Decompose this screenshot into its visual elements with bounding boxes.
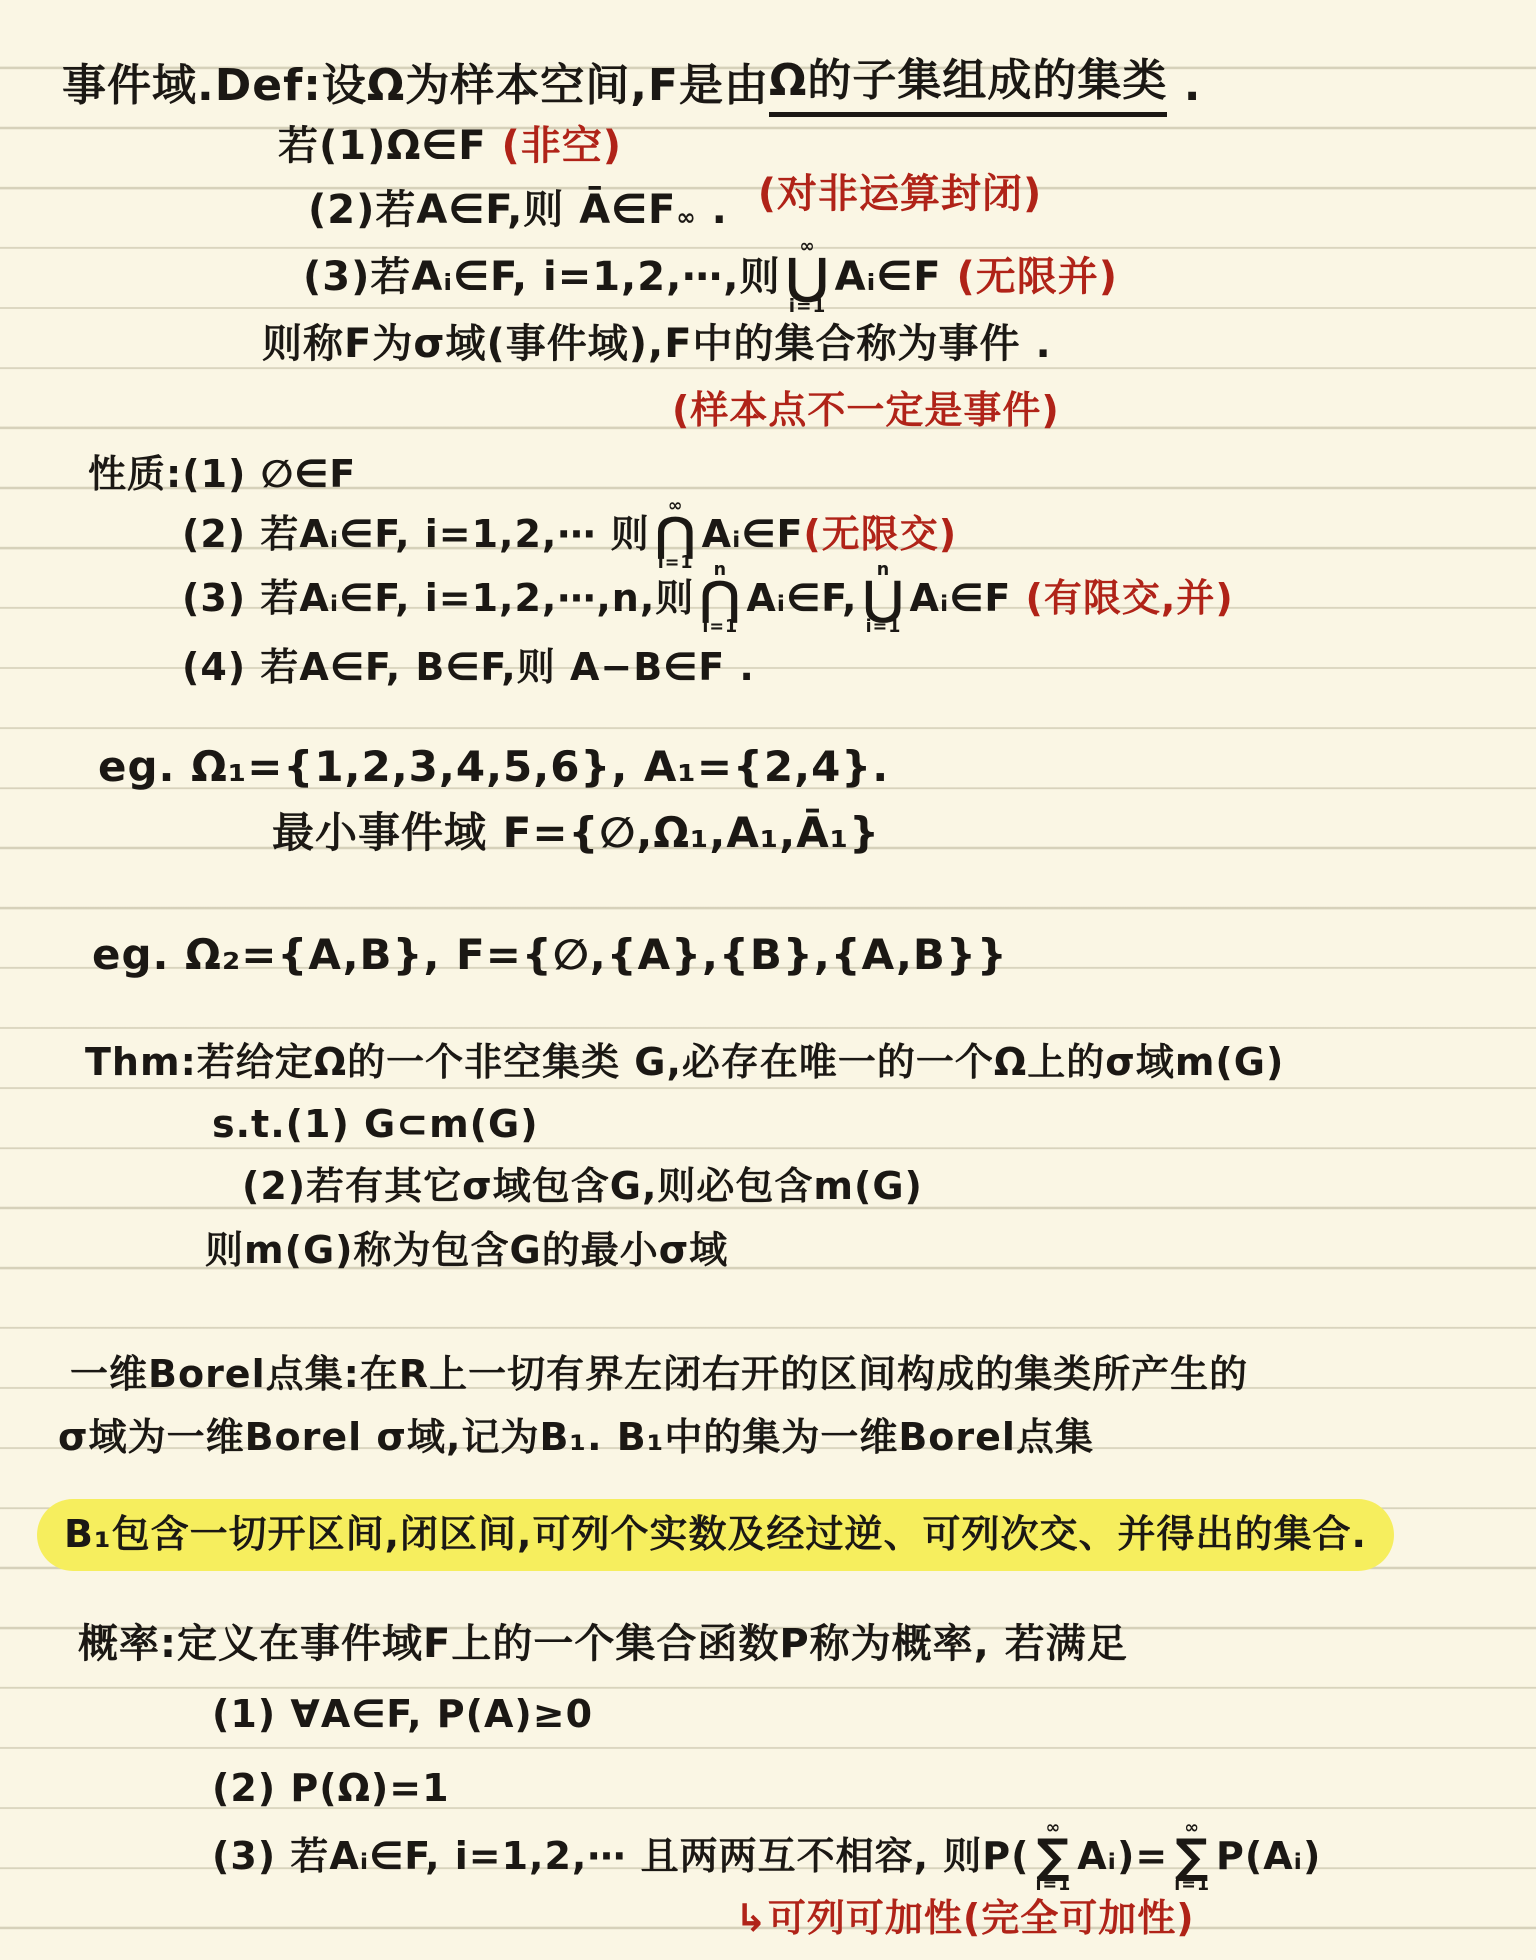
text-segment: 概率:定义在事件域F上的一个集合函数P称为概率, 若满足 [78,1620,1128,1668]
red-annotation: (无限交) [803,512,957,558]
red-annotation: (样本点不一定是事件) [672,388,1060,434]
text-segment: . [697,186,758,234]
text-segment: Aᵢ∈F [702,512,804,558]
def-condition-3: (3)若Aᵢ∈F, i=1,2,⋯,则∞⋃i=1Aᵢ∈F (无限并) [303,238,1118,316]
text-segment: (3) 若Aᵢ∈F, i=1,2,⋯,n,则 [182,576,694,622]
text-segment: 性质:(1) ∅∈F [88,452,356,498]
text-segment: 一维Borel点集:在R上一切有界左闭右开的区间构成的集类所产生的 [70,1352,1248,1398]
probability-def: 概率:定义在事件域F上的一个集合函数P称为概率, 若满足 [78,1620,1128,1668]
red-annotation: (有限交,并) [1026,576,1234,622]
theorem-conclusion: 则m(G)称为包含G的最小σ域 [205,1228,728,1274]
text-segment: eg. Ω₂={A,B}, F={∅,{A},{B},{A,B}} [92,930,1008,980]
red-annotation: (对非运算封闭) [758,170,1043,218]
text-segment: . [1167,60,1201,113]
example-1-line-1: eg. Ω₁={1,2,3,4,5,6}, A₁={2,4}. [98,742,889,792]
theorem-st-1: s.t.(1) G⊂m(G) [212,1102,539,1148]
probability-axiom-2: (2) P(Ω)=1 [212,1766,450,1812]
example-2: eg. Ω₂={A,B}, F={∅,{A},{B},{A,B}} [92,930,1008,980]
text-segment: Thm:若给定Ω的一个非空集类 G,必存在唯一的一个Ω上的σ域m(G) [85,1040,1284,1086]
text-segment: Aᵢ∈F [835,253,957,301]
def-remark: (样本点不一定是事件) [672,388,1060,434]
text-segment: 则称F为σ域(事件域),F中的集合称为事件 . [262,320,1052,368]
text-segment: 则m(G)称为包含G的最小σ域 [205,1228,728,1274]
text-segment: (1) ∀A∈F, P(A)≥0 [212,1692,593,1738]
borel-line-2: σ域为一维Borel σ域,记为B₁. B₁中的集为一维Borel点集 [58,1415,1094,1461]
probability-remark: ↳可列可加性(完全可加性) [735,1896,1195,1942]
notebook-page: 事件域.Def:设Ω为样本空间,F是由Ω的子集组成的集类 .若(1)Ω∈F (非… [0,0,1536,1960]
text-segment: (3) 若Aᵢ∈F, i=1,2,⋯ 且两两互不相容, 则P( [212,1834,1029,1880]
text-segment: (2)若A∈F,则 Ā∈F [308,186,676,234]
text-segment: (2) 若Aᵢ∈F, i=1,2,⋯ 则 [182,512,650,558]
text-segment: (4) 若A∈F, B∈F,则 A−B∈F . [182,645,755,691]
probability-axiom-1: (1) ∀A∈F, P(A)≥0 [212,1692,593,1738]
finite-intersection-operator: n⋂i=1 [700,562,740,636]
example-1-line-2: 最小事件域 F={∅,Ω₁,A₁,Ā₁} [272,808,880,858]
text-segment: (2)若有其它σ域包含G,则必包含m(G) [242,1164,923,1210]
text-segment: (3)若Aᵢ∈F, i=1,2,⋯,则 [303,253,780,301]
text-segment: eg. Ω₁={1,2,3,4,5,6}, A₁={2,4}. [98,742,889,792]
text-segment: s.t.(1) G⊂m(G) [212,1102,539,1148]
red-annotation: (非空) [502,122,623,170]
property-1: 性质:(1) ∅∈F [88,452,356,498]
text-segment: ∞ [676,204,696,234]
theorem-statement: Thm:若给定Ω的一个非空集类 G,必存在唯一的一个Ω上的σ域m(G) [85,1040,1284,1086]
text-segment: 若(1)Ω∈F [278,122,502,170]
highlighted-note: B₁包含一切开区间,闭区间,可列个实数及经过逆、可列次交、并得出的集合. [40,1502,1391,1568]
text-segment: Aᵢ∈F [910,576,1026,622]
infinite-union-operator: ∞⋃i=1 [786,238,828,316]
text-segment: B₁包含一切开区间,闭区间,可列个实数及经过逆、可列次交、并得出的集合. [64,1512,1367,1558]
finite-union-operator: n⋃i=1 [863,562,903,636]
text-segment: (2) P(Ω)=1 [212,1766,450,1812]
def-condition-1: 若(1)Ω∈F (非空) [278,122,622,170]
text-segment: P(Aᵢ) [1216,1834,1321,1880]
borel-line-1: 一维Borel点集:在R上一切有界左闭右开的区间构成的集类所产生的 [70,1352,1248,1398]
property-3: (3) 若Aᵢ∈F, i=1,2,⋯,n,则n⋂i=1Aᵢ∈F,n⋃i=1Aᵢ∈… [182,562,1234,636]
def-condition-2: (2)若A∈F,则 Ā∈F∞ . (对非运算封闭) [308,186,1042,234]
text-segment: Aᵢ)= [1077,1834,1168,1880]
probability-axiom-3: (3) 若Aᵢ∈F, i=1,2,⋯ 且两两互不相容, 则P(∞∑i=1Aᵢ)=… [212,1820,1321,1894]
def-title-line: 事件域.Def:设Ω为样本空间,F是由Ω的子集组成的集类 . [62,55,1201,117]
sum-operator: ∞∑i=1 [1035,1820,1071,1894]
sum-operator: ∞∑i=1 [1174,1820,1210,1894]
property-4: (4) 若A∈F, B∈F,则 A−B∈F . [182,645,755,691]
red-annotation: (无限并) [956,253,1118,301]
text-segment: 最小事件域 F={∅,Ω₁,A₁,Ā₁} [272,808,880,858]
red-annotation: ↳可列可加性(完全可加性) [735,1896,1195,1942]
text-segment: Aᵢ∈F, [746,576,857,622]
theorem-st-2: (2)若有其它σ域包含G,则必包含m(G) [242,1164,923,1210]
def-conclusion: 则称F为σ域(事件域),F中的集合称为事件 . [262,320,1052,368]
text-segment: Ω的子集组成的集类 [769,55,1167,117]
text-segment: 事件域.Def:设Ω为样本空间,F是由 [62,60,769,113]
text-segment: σ域为一维Borel σ域,记为B₁. B₁中的集为一维Borel点集 [58,1415,1094,1461]
